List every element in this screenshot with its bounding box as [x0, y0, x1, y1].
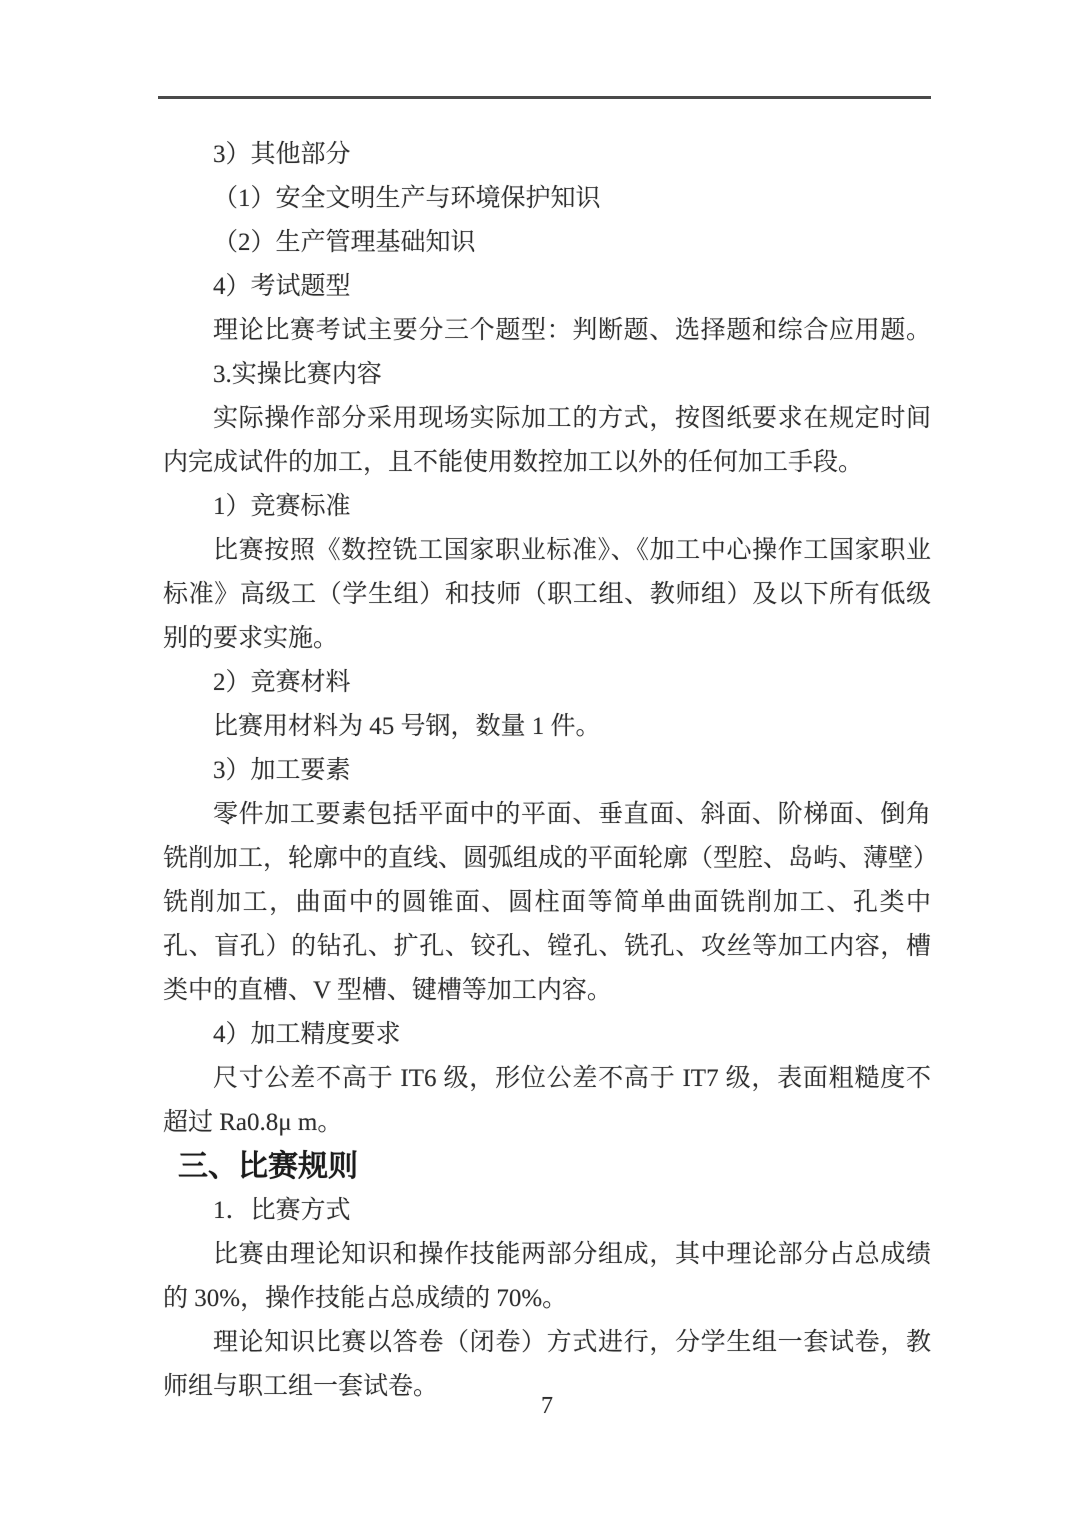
text-line: 超过 Ra0.8μ m。 [163, 1101, 931, 1145]
text-line: （2）生产管理基础知识 [163, 221, 931, 265]
text-line: 2）竞赛材料 [163, 661, 931, 705]
text-line: 铣削加工，曲面中的圆锥面、圆柱面等简单曲面铣削加工、孔类中（通 [163, 881, 931, 925]
text-line: 尺寸公差不高于 IT6 级，形位公差不高于 IT7 级，表面粗糙度不 [163, 1057, 931, 1101]
section-heading: 三、比赛规则 [163, 1145, 931, 1189]
document-page: 3）其他部分（1）安全文明生产与环境保护知识（2）生产管理基础知识4）考试题型理… [0, 0, 1080, 1526]
text-line: 4）加工精度要求 [163, 1013, 931, 1057]
text-line: 内完成试件的加工，且不能使用数控加工以外的任何加工手段。 [163, 441, 931, 485]
header-rule [158, 96, 931, 99]
text-line: 实际操作部分采用现场实际加工的方式，按图纸要求在规定时间 [163, 397, 931, 441]
text-line: 标准》高级工（学生组）和技师（职工组、教师组）及以下所有低级 [163, 573, 931, 617]
text-line: 比赛由理论知识和操作技能两部分组成，其中理论部分占总成绩 [163, 1233, 931, 1277]
text-line: 3.实操比赛内容 [163, 353, 931, 397]
text-line: 3）其他部分 [163, 133, 931, 177]
text-line: 铣削加工，轮廓中的直线、圆弧组成的平面轮廓（型腔、岛屿、薄壁） [163, 837, 931, 881]
text-line: 1．比赛方式 [163, 1189, 931, 1233]
text-line: 别的要求实施。 [163, 617, 931, 661]
text-line: 零件加工要素包括平面中的平面、垂直面、斜面、阶梯面、倒角 [163, 793, 931, 837]
text-line: 孔、盲孔）的钻孔、扩孔、铰孔、镗孔、铣孔、攻丝等加工内容，槽 [163, 925, 931, 969]
text-line: 的 30%，操作技能占总成绩的 70%。 [163, 1277, 931, 1321]
text-line: 4）考试题型 [163, 265, 931, 309]
text-line: 比赛用材料为 45 号钢，数量 1 件。 [163, 705, 931, 749]
text-line: 1）竞赛标准 [163, 485, 931, 529]
text-line: 类中的直槽、V 型槽、键槽等加工内容。 [163, 969, 931, 1013]
text-column: 3）其他部分（1）安全文明生产与环境保护知识（2）生产管理基础知识4）考试题型理… [163, 133, 931, 1409]
text-line: 3）加工要素 [163, 749, 931, 793]
text-line: （1）安全文明生产与环境保护知识 [163, 177, 931, 221]
text-line: 理论比赛考试主要分三个题型：判断题、选择题和综合应用题。 [163, 309, 931, 353]
page-number: 7 [163, 1384, 931, 1428]
text-line: 理论知识比赛以答卷（闭卷）方式进行，分学生组一套试卷，教 [163, 1321, 931, 1365]
text-line: 比赛按照《数控铣工国家职业标准》、《加工中心操作工国家职业 [163, 529, 931, 573]
